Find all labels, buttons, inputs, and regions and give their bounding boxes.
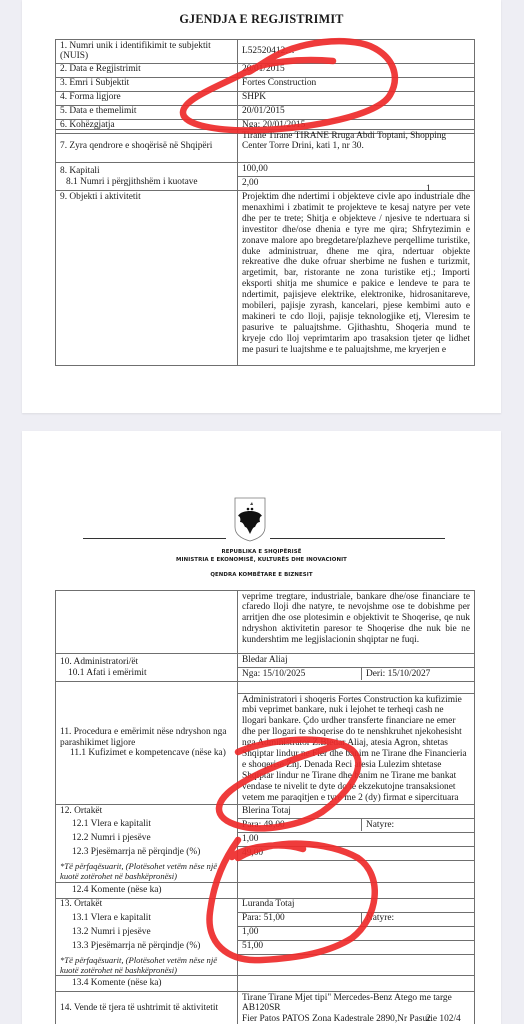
registration-table-part-2: 7. Zyra qendrore e shoqërisë në Shqipëri… [55,129,475,366]
partner-2-comments-label: 13.4 Komente (nëse ka) [60,978,233,989]
table-row: 13.2 Numri i pjesëve 1,00 [56,926,475,940]
table-row: 5. Data e themelimit 20/01/2015 [56,105,475,119]
field-label-founding-date: 5. Data e themelimit [56,105,238,119]
field-value-founding-date: 20/01/2015 [238,105,475,119]
partner-1-label: 12. Ortakët [56,805,238,819]
field-value-other-locations: Tirane Tirane Mjet tipi" Mercedes-Benz A… [238,992,475,1024]
field-label-procedure: 11. Procedura e emërimit nëse ndryshon n… [56,682,238,805]
administrators-label: 10. Administratori/ët [60,657,138,667]
table-row: 9. Objekti i aktivitetit Projektim dhe n… [56,191,475,366]
table-row: 8. Kapitali 8.1 Numri i përgjithshëm i k… [56,163,475,177]
table-row: 12. Ortakët Blerina Totaj [56,805,475,819]
partner-1-percent-value: 49,00 [238,847,475,861]
field-value-legal-form: SHPK [238,91,475,105]
table-row: *Të përfaqësuarit, (Plotësohet vetëm nës… [56,954,475,976]
field-label-nuis: 1. Numri unik i identifikimit te subjekt… [56,40,238,64]
table-row: 4. Forma ligjore SHPK [56,91,475,105]
registration-table-page-2: veprime tregtare, industriale, bankare d… [55,590,475,1024]
partner-2-shares-value: 1,00 [238,926,475,940]
table-row: 7. Zyra qendrore e shoqërisë në Shqipëri… [56,130,475,163]
header-republic: REPUBLIKA E SHQIPËRISË [22,549,501,555]
document-page-2: REPUBLIKA E SHQIPËRISË MINISTRIA E EKONO… [22,431,501,1024]
appointment-term-split: Nga: 15/10/2025 Deri: 15/10/2027 [238,668,474,680]
partner-1-name: Blerina Totaj [238,805,475,819]
partner-2-representative-note: *Të përfaqësuarit, (Plotësohet vetëm nës… [56,954,238,976]
procedure-label: 11. Procedura e emërimit nëse ndryshon n… [60,727,227,748]
field-label-administrators: 10. Administratori/ët 10.1 Afati i emëri… [56,654,238,682]
partner-2-representative-value [238,954,475,976]
field-value-activity-object-continued: veprime tregtare, industriale, bankare d… [238,591,475,654]
partner-2-percent-value: 51,00 [238,940,475,954]
partner-2-percent-label: 13.3 Pjesëmarrja në përqindje (%) [60,941,233,952]
other-location-1: Tirane Tirane Mjet tipi" Mercedes-Benz A… [242,993,470,1015]
albanian-eagle-crest-icon [234,497,266,542]
field-label-activity-object-continued [56,591,238,654]
table-row: *Të përfaqësuarit, (Plotësohet vetëm nës… [56,861,475,883]
header-ministry: MINISTRIA E EKONOMISË, KULTURËS DHE INOV… [22,557,501,563]
table-row: veprime tregtare, industriale, bankare d… [56,591,475,654]
document-page-1: GJENDJA E REGJISTRIMIT 1. Numri unik i i… [22,0,501,413]
table-row: 13.1 Vlera e kapitalit Para: 51,00 Natyr… [56,912,475,926]
field-value-capital: 100,00 [238,163,475,177]
field-value-procedure-empty [238,682,475,694]
partner-1-shares-label: 12.2 Numri i pjesëve [60,833,233,844]
field-label-headquarters: 7. Zyra qendrore e shoqërisë në Shqipëri [56,130,238,163]
table-row: 13.3 Pjesëmarrja në përqindje (%) 51,00 [56,940,475,954]
other-location-2: Fier Patos PATOS Zona Kadestrale 2890,Nr… [242,1014,470,1024]
partner-1-representative-note: *Të përfaqësuarit, (Plotësohet vetëm nës… [56,861,238,883]
field-label-legal-form: 4. Forma ligjore [56,91,238,105]
partner-2-name: Luranda Totaj [238,898,475,912]
partner-1-comments-label: 12.4 Komente (nëse ka) [60,885,233,896]
registration-table-part-1: 1. Numri unik i identifikimit te subjekt… [55,39,475,134]
field-value-activity-object: Projektim dhe ndertimi i objekteve civle… [238,191,475,366]
partner-1-comments-value [238,882,475,898]
partner-2-capital-label: 13.1 Vlera e kapitalit [60,913,233,924]
field-value-administrator-name: Bledar Aliaj [238,654,475,668]
field-value-registration-date: 20/01/2015 [238,63,475,77]
table-row: 12.2 Numri i pjesëve 1,00 [56,833,475,847]
table-row: 10. Administratori/ët 10.1 Afati i emëri… [56,654,475,668]
page-number: 1 [426,184,431,194]
table-row: 11. Procedura e emërimit nëse ndryshon n… [56,682,475,694]
competence-limits-label: 11.1 Kufizimet e kompetencave (nëse ka) [60,748,233,759]
partner-1-nature-label: Natyre: [362,819,475,831]
table-row: 12.4 Komente (nëse ka) [56,882,475,898]
table-row: 13.4 Komente (nëse ka) [56,976,475,992]
partner-2-capital-value: Para: 51,00 [238,913,362,925]
partner-1-representative-value [238,861,475,883]
field-label-registration-date: 2. Data e Regjistrimit [56,63,238,77]
field-value-competence-limits: Administratori i shoqeris Fortes Constru… [238,694,475,805]
field-value-nuis: L52520412… [238,40,475,64]
partner-2-shares-label: 13.2 Numri i pjesëve [60,927,233,938]
field-value-entity-name: Fortes Construction [238,77,475,91]
capital-label: 8. Kapitali [60,166,100,176]
term-from: Nga: 15/10/2025 [238,668,362,680]
table-row: 1. Numri unik i identifikimit te subjekt… [56,40,475,64]
total-quotas-label: 8.1 Numri i përgjithshëm i kuotave [60,177,233,188]
table-row: 12.3 Pjesëmarrja në përqindje (%) 49,00 [56,847,475,861]
table-row: 13. Ortakët Luranda Totaj [56,898,475,912]
field-value-total-quotas: 2,00 [238,177,475,191]
partner-1-shares-value: 1,00 [238,833,475,847]
partner-1-capital-label: 12.1 Vlera e kapitalit [60,819,233,830]
table-row: 3. Emri i Subjektit Fortes Construction [56,77,475,91]
partner-1-percent-label: 12.3 Pjesëmarrja në përqindje (%) [60,847,233,858]
header-rule-left [83,538,226,539]
document-title: GJENDJA E REGJISTRIMIT [22,12,501,27]
partner-2-nature-label: Natyre: [362,913,475,925]
field-label-entity-name: 3. Emri i Subjektit [56,77,238,91]
field-label-capital: 8. Kapitali 8.1 Numri i përgjithshëm i k… [56,163,238,191]
table-row: 2. Data e Regjistrimit 20/01/2015 [56,63,475,77]
field-value-headquarters: Tirane Tirane TIRANE Rruga Abdi Toptani,… [238,130,475,163]
partner-2-label: 13. Ortakët [56,898,238,912]
field-label-activity-object: 9. Objekti i aktivitetit [56,191,238,366]
header-business-center: QENDRA KOMBËTARE E BIZNESIT [22,572,501,578]
table-row: 14. Vende të tjera të ushtrimit të aktiv… [56,992,475,1024]
partner-1-capital-value: Para: 49,00 [238,819,362,831]
page-number: 2 [426,1014,431,1024]
field-label-other-locations: 14. Vende të tjera të ushtrimit të aktiv… [56,992,238,1024]
header-rule-right [270,538,445,539]
table-row: 12.1 Vlera e kapitalit Para: 49,00 Natyr… [56,819,475,833]
appointment-term-label: 10.1 Afati i emërimit [60,668,233,679]
field-value-appointment-term: Nga: 15/10/2025 Deri: 15/10/2027 [238,668,475,682]
term-to: Deri: 15/10/2027 [362,668,475,680]
partner-2-comments-value [238,976,475,992]
